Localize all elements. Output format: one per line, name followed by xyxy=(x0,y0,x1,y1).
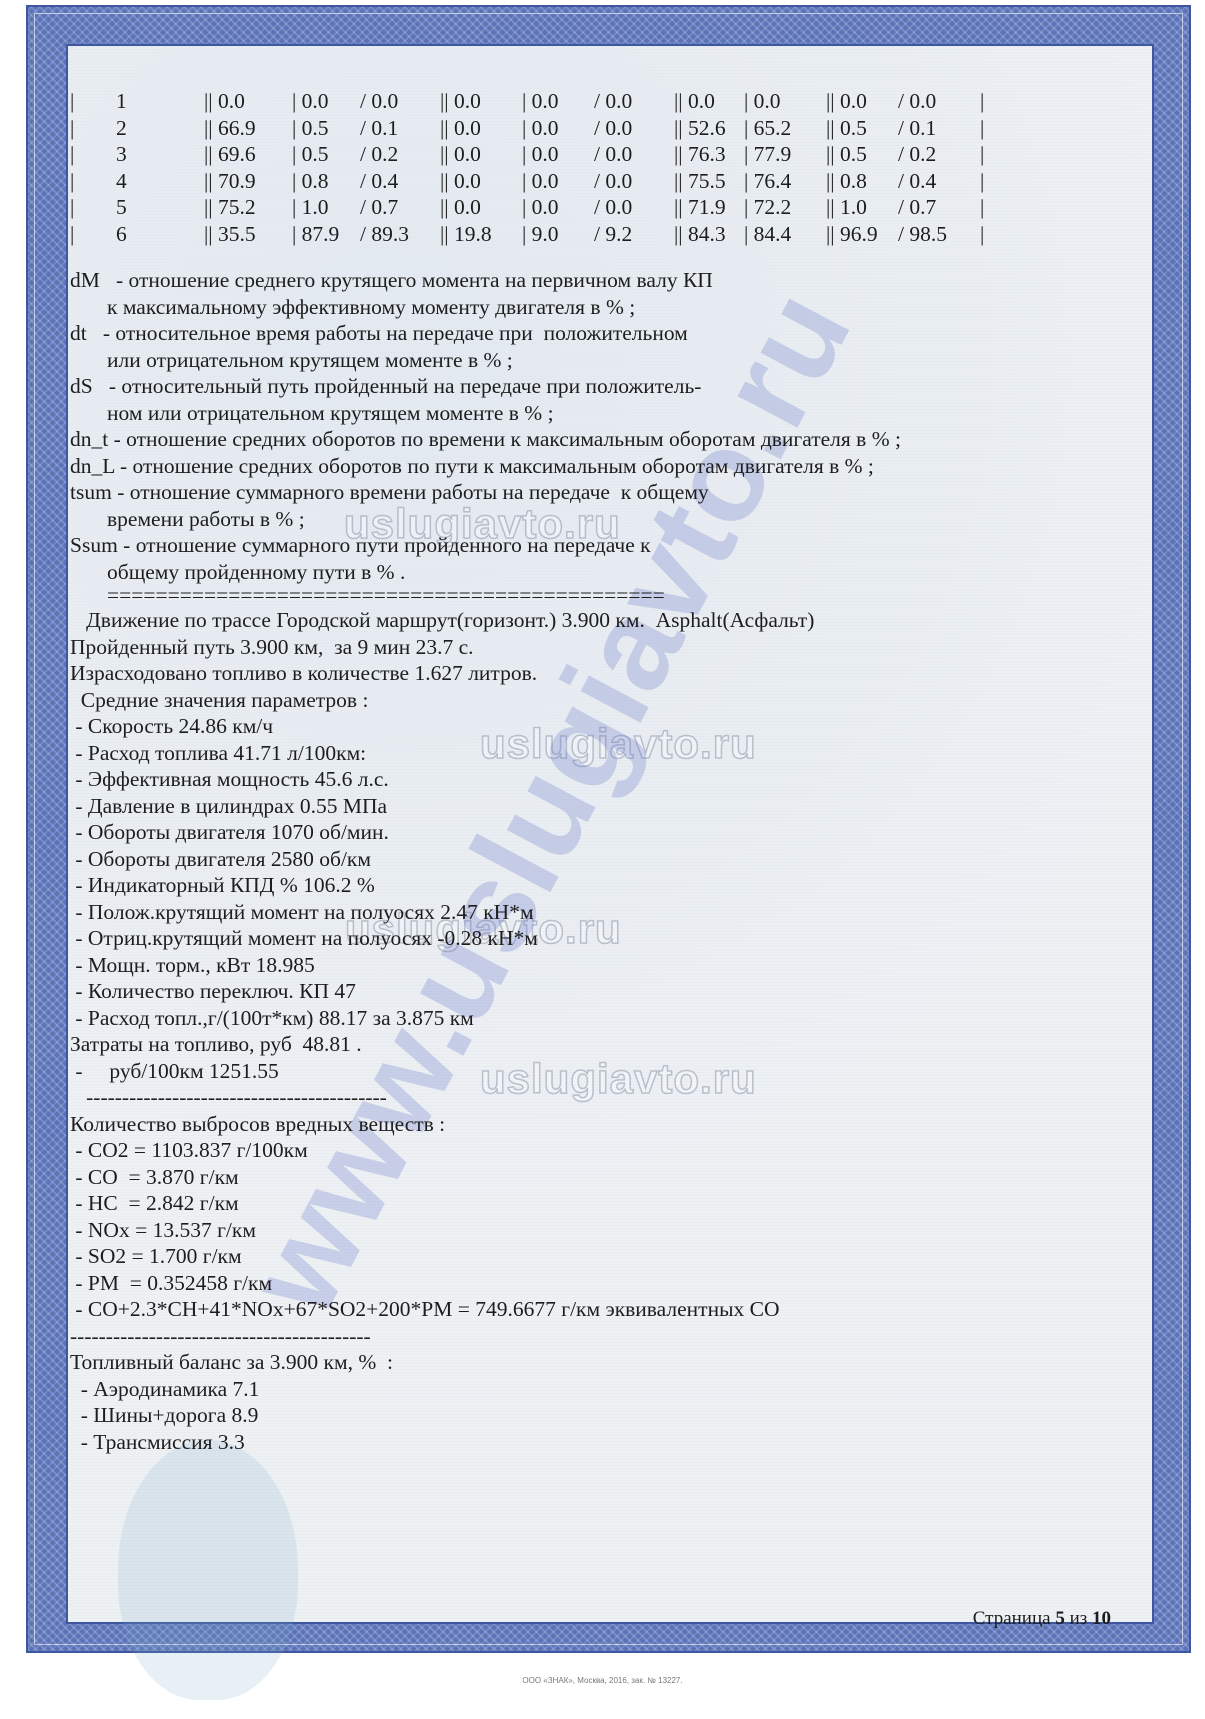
cell-dM: || 35.5 xyxy=(204,221,256,248)
table-row: |5|| 75.2| 1.0/ 0.7|| 0.0| 0.0/ 0.0|| 71… xyxy=(70,194,901,221)
emission-item: - CO = 3.870 г/км xyxy=(70,1164,901,1191)
cell-dM2: || 0.0 xyxy=(440,88,481,115)
emission-item: - NOx = 13.537 г/км xyxy=(70,1217,901,1244)
table-row: |4|| 70.9| 0.8/ 0.4|| 0.0| 0.0/ 0.0|| 75… xyxy=(70,168,901,195)
averages-title: Средние значения параметров : xyxy=(70,687,901,714)
emission-item: - SO2 = 1.700 г/км xyxy=(70,1243,901,1270)
cell-dt-neg: | 0.0 xyxy=(522,115,559,142)
cell-dS-neg: / 0.0 xyxy=(594,141,632,168)
cell-gear: 5 xyxy=(116,194,127,221)
cell-tsum: || 0.8 xyxy=(826,168,867,195)
route-distance: Пройденный путь 3.900 км, за 9 мин 23.7 … xyxy=(70,634,901,661)
cell-dM2: || 0.0 xyxy=(440,141,481,168)
security-seal xyxy=(118,1440,298,1700)
column-border: | xyxy=(70,88,74,115)
separator-dash-short: ----------------------------------------… xyxy=(70,1084,901,1111)
gear-table: |1|| 0.0| 0.0/ 0.0|| 0.0| 0.0/ 0.0|| 0.0… xyxy=(70,88,901,247)
fuel-balance-item: - Трансмиссия 3.3 xyxy=(70,1429,901,1456)
cell-dS-pos: / 0.0 xyxy=(360,88,398,115)
cell-gear: 6 xyxy=(116,221,127,248)
cell-dn-L: | 84.4 xyxy=(744,221,791,248)
page-number: Страница 5 из 10 xyxy=(973,1608,1111,1630)
cell-dS-pos: / 0.1 xyxy=(360,115,398,142)
cell-dn-L: | 0.0 xyxy=(744,88,781,115)
column-border: | xyxy=(70,194,74,221)
legend-entry-continuation: или отрицательном крутящем моменте в % ; xyxy=(70,347,901,374)
legend-entry: dM - отношение среднего крутящего момент… xyxy=(70,267,901,294)
cell-dt-neg: | 0.0 xyxy=(522,88,559,115)
average-parameter: - Индикаторный КПД % 106.2 % xyxy=(70,872,901,899)
fuel-balance-title: Топливный баланс за 3.900 км, % : xyxy=(70,1349,901,1376)
average-parameter: - Давление в цилиндрах 0.55 МПа xyxy=(70,793,901,820)
fuel-balance-section: Топливный баланс за 3.900 км, % : - Аэро… xyxy=(70,1349,901,1455)
cell-dM: || 0.0 xyxy=(204,88,245,115)
cell-dn-t: || 52.6 xyxy=(674,115,726,142)
legend-entry: dt - относительное время работы на перед… xyxy=(70,320,901,347)
fuel-cost: Затраты на топливо, руб 48.81 . xyxy=(70,1031,901,1058)
column-border: | xyxy=(70,221,74,248)
emissions-list: - CO2 = 1103.837 г/100км - CO = 3.870 г/… xyxy=(70,1137,901,1323)
printer-imprint: ООО «ЗНАК», Москва, 2016, зак. № 13227. xyxy=(0,1676,1205,1685)
cell-dS-pos: / 0.7 xyxy=(360,194,398,221)
cell-dM2: || 0.0 xyxy=(440,194,481,221)
emission-item: - HC = 2.842 г/км xyxy=(70,1190,901,1217)
cell-gear: 2 xyxy=(116,115,127,142)
average-parameter: - Скорость 24.86 км/ч xyxy=(70,713,901,740)
cell-dt-pos: | 0.5 xyxy=(292,115,329,142)
average-parameter: - Отриц.крутящий момент на полуосях -0.2… xyxy=(70,925,901,952)
fuel-balance-item: - Аэродинамика 7.1 xyxy=(70,1376,901,1403)
cell-gear: 4 xyxy=(116,168,127,195)
cell-dS-neg: / 0.0 xyxy=(594,168,632,195)
cell-dn-t: || 76.3 xyxy=(674,141,726,168)
legend-entry-continuation: времени работы в % ; xyxy=(70,506,901,533)
column-border: | xyxy=(70,168,74,195)
page-current: 5 xyxy=(1055,1608,1065,1629)
page-sep: из xyxy=(1065,1608,1092,1629)
route-section: Движение по трассе Городской маршрут(гор… xyxy=(70,607,901,1084)
table-row: |3|| 69.6| 0.5/ 0.2|| 0.0| 0.0/ 0.0|| 76… xyxy=(70,141,901,168)
cell-Ssum: / 0.1 xyxy=(898,115,936,142)
cell-dS-neg: / 0.0 xyxy=(594,194,632,221)
legend-entry: Ssum - отношение суммарного пути пройден… xyxy=(70,532,901,559)
fuel-balance-item: - Шины+дорога 8.9 xyxy=(70,1402,901,1429)
cell-dM: || 69.6 xyxy=(204,141,256,168)
cell-dn-L: | 77.9 xyxy=(744,141,791,168)
cell-gear: 3 xyxy=(116,141,127,168)
cell-dt-neg: | 0.0 xyxy=(522,168,559,195)
emission-item: - CO2 = 1103.837 г/100км xyxy=(70,1137,901,1164)
cell-dt-pos: | 0.0 xyxy=(292,88,329,115)
cell-dS-neg: / 9.2 xyxy=(594,221,632,248)
cell-dt-pos: | 87.9 xyxy=(292,221,339,248)
average-parameter: - Полож.крутящий момент на полуосях 2.47… xyxy=(70,899,901,926)
document-body: |1|| 0.0| 0.0/ 0.0|| 0.0| 0.0/ 0.0|| 0.0… xyxy=(70,88,901,1455)
cell-dt-neg: | 0.0 xyxy=(522,194,559,221)
cell-Ssum: / 0.7 xyxy=(898,194,936,221)
cell-dS-neg: / 0.0 xyxy=(594,115,632,142)
legend-entry: tsum - отношение суммарного времени рабо… xyxy=(70,479,901,506)
legend-entry: dS - относительный путь пройденный на пе… xyxy=(70,373,901,400)
average-parameter: - Расход топл.,г/(100т*км) 88.17 за 3.87… xyxy=(70,1005,901,1032)
column-border: | xyxy=(980,194,984,221)
fuel-balance-list: - Аэродинамика 7.1 - Шины+дорога 8.9 - Т… xyxy=(70,1376,901,1456)
legend-entry-continuation: к максимальному эффективному моменту дви… xyxy=(70,294,901,321)
emissions-title: Количество выбросов вредных веществ : xyxy=(70,1111,901,1138)
legend-entry: dn_L - отношение средних оборотов по пут… xyxy=(70,453,901,480)
table-row: |6|| 35.5| 87.9/ 89.3|| 19.8| 9.0/ 9.2||… xyxy=(70,221,901,248)
column-border: | xyxy=(980,115,984,142)
average-parameter: - Обороты двигателя 2580 об/км xyxy=(70,846,901,873)
legend-entry: dn_t - отношение средних оборотов по вре… xyxy=(70,426,901,453)
page-prefix: Страница xyxy=(973,1608,1056,1629)
cell-dM2: || 0.0 xyxy=(440,115,481,142)
cell-dn-t: || 75.5 xyxy=(674,168,726,195)
cell-dM: || 66.9 xyxy=(204,115,256,142)
separator-dash-long: ----------------------------------------… xyxy=(70,1323,901,1350)
cell-gear: 1 xyxy=(116,88,127,115)
column-border: | xyxy=(980,221,984,248)
cell-tsum: || 0.5 xyxy=(826,141,867,168)
cell-dS-pos: / 89.3 xyxy=(360,221,409,248)
cell-dn-t: || 0.0 xyxy=(674,88,715,115)
cell-dM2: || 19.8 xyxy=(440,221,492,248)
average-parameter: - Эффективная мощность 45.6 л.с. xyxy=(70,766,901,793)
cell-dn-L: | 65.2 xyxy=(744,115,791,142)
column-border: | xyxy=(980,141,984,168)
cell-Ssum: / 0.4 xyxy=(898,168,936,195)
cell-dS-pos: / 0.4 xyxy=(360,168,398,195)
route-fuel-used: Израсходовано топливо в количестве 1.627… xyxy=(70,660,901,687)
legend-entry-continuation: ном или отрицательном крутящем моменте в… xyxy=(70,400,901,427)
legend-entry-continuation: общему пройденному пути в % . xyxy=(70,559,901,586)
cell-dn-L: | 72.2 xyxy=(744,194,791,221)
cell-tsum: || 96.9 xyxy=(826,221,878,248)
cell-Ssum: / 0.0 xyxy=(898,88,936,115)
cell-dS-pos: / 0.2 xyxy=(360,141,398,168)
average-parameter: - Мощн. торм., кВт 18.985 xyxy=(70,952,901,979)
cell-dt-neg: | 9.0 xyxy=(522,221,559,248)
cell-Ssum: / 0.2 xyxy=(898,141,936,168)
cell-dM: || 75.2 xyxy=(204,194,256,221)
emission-item: - PM = 0.352458 г/км xyxy=(70,1270,901,1297)
column-border: | xyxy=(980,168,984,195)
column-border: | xyxy=(980,88,984,115)
cell-dt-pos: | 0.5 xyxy=(292,141,329,168)
emission-item: - CO+2.3*CH+41*NOx+67*SO2+200*PM = 749.6… xyxy=(70,1296,901,1323)
average-parameter: - Обороты двигателя 1070 об/мин. xyxy=(70,819,901,846)
cell-dM2: || 0.0 xyxy=(440,168,481,195)
legend: dM - отношение среднего крутящего момент… xyxy=(70,267,901,585)
cell-dS-neg: / 0.0 xyxy=(594,88,632,115)
cell-Ssum: / 98.5 xyxy=(898,221,947,248)
cell-tsum: || 0.0 xyxy=(826,88,867,115)
cell-dM: || 70.9 xyxy=(204,168,256,195)
cell-dn-t: || 71.9 xyxy=(674,194,726,221)
average-parameter: - Расход топлива 41.71 л/100км: xyxy=(70,740,901,767)
emissions-section: Количество выбросов вредных веществ : - … xyxy=(70,1111,901,1323)
cell-tsum: || 1.0 xyxy=(826,194,867,221)
table-row: |2|| 66.9| 0.5/ 0.1|| 0.0| 0.0/ 0.0|| 52… xyxy=(70,115,901,142)
cell-tsum: || 0.5 xyxy=(826,115,867,142)
averages-list: - Скорость 24.86 км/ч - Расход топлива 4… xyxy=(70,713,901,1031)
fuel-cost-per100: - руб/100км 1251.55 xyxy=(70,1058,901,1085)
cell-dn-t: || 84.3 xyxy=(674,221,726,248)
page-total: 10 xyxy=(1092,1608,1111,1629)
column-border: | xyxy=(70,115,74,142)
separator-double: ========================================… xyxy=(70,585,901,607)
average-parameter: - Количество переключ. КП 47 xyxy=(70,978,901,1005)
table-row: |1|| 0.0| 0.0/ 0.0|| 0.0| 0.0/ 0.0|| 0.0… xyxy=(70,88,901,115)
cell-dn-L: | 76.4 xyxy=(744,168,791,195)
cell-dt-pos: | 0.8 xyxy=(292,168,329,195)
cell-dt-pos: | 1.0 xyxy=(292,194,329,221)
column-border: | xyxy=(70,141,74,168)
route-heading: Движение по трассе Городской маршрут(гор… xyxy=(70,607,901,634)
cell-dt-neg: | 0.0 xyxy=(522,141,559,168)
